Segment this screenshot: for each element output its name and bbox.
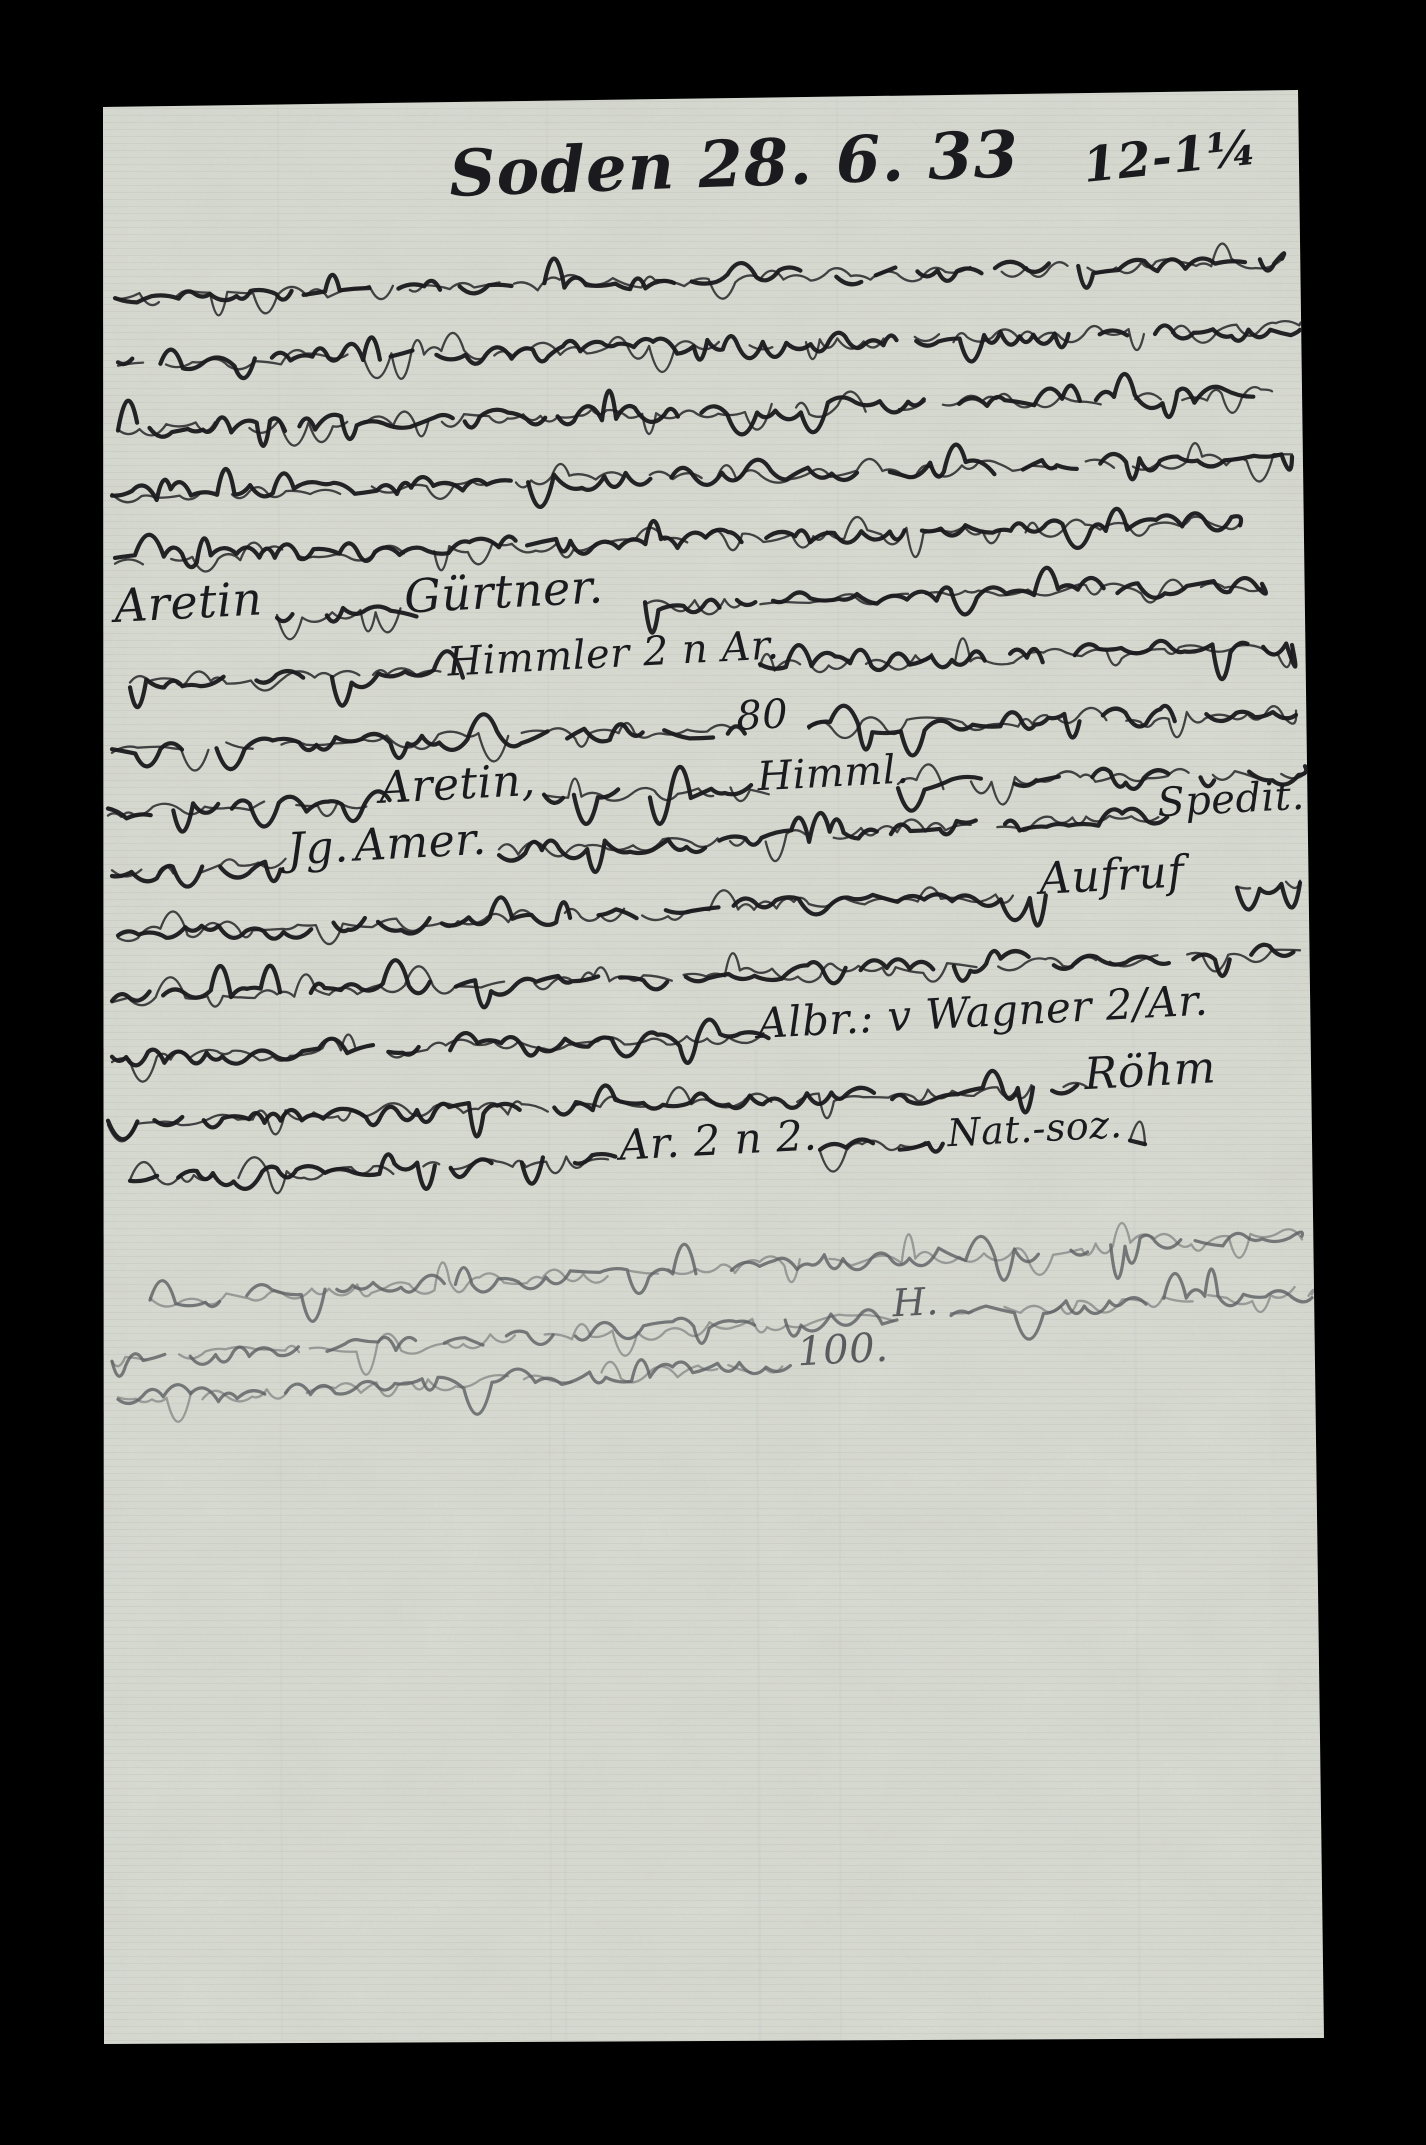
scan-background: Soden 28. 6. 33 12-1¼ AretinGürtner.Himm… [0,0,1426,2145]
legible-word-aretin: Aretin [109,571,264,633]
legible-word-h: H. [890,1279,939,1325]
legible-word-grtner: Gürtner. [403,559,605,623]
legible-word-jg: Jg. [278,821,350,876]
legible-word-80: 80 [735,691,789,740]
legible-word-rhm: Röhm [1082,1042,1217,1100]
legible-word-himml: Himml. [755,746,910,800]
legible-word-natsoz: Nat.-soz. [945,1102,1123,1155]
legible-word-amer: Amer. [349,814,488,872]
legible-word-aufruf: Aufruf [1034,846,1192,905]
manuscript-page: Soden 28. 6. 33 12-1¼ AretinGürtner.Himm… [0,0,1426,2145]
legible-word-spedit: Spedit. [1156,773,1306,827]
legible-word-aretin: Aretin, [374,755,537,814]
legible-word-100: 100. [796,1325,889,1376]
